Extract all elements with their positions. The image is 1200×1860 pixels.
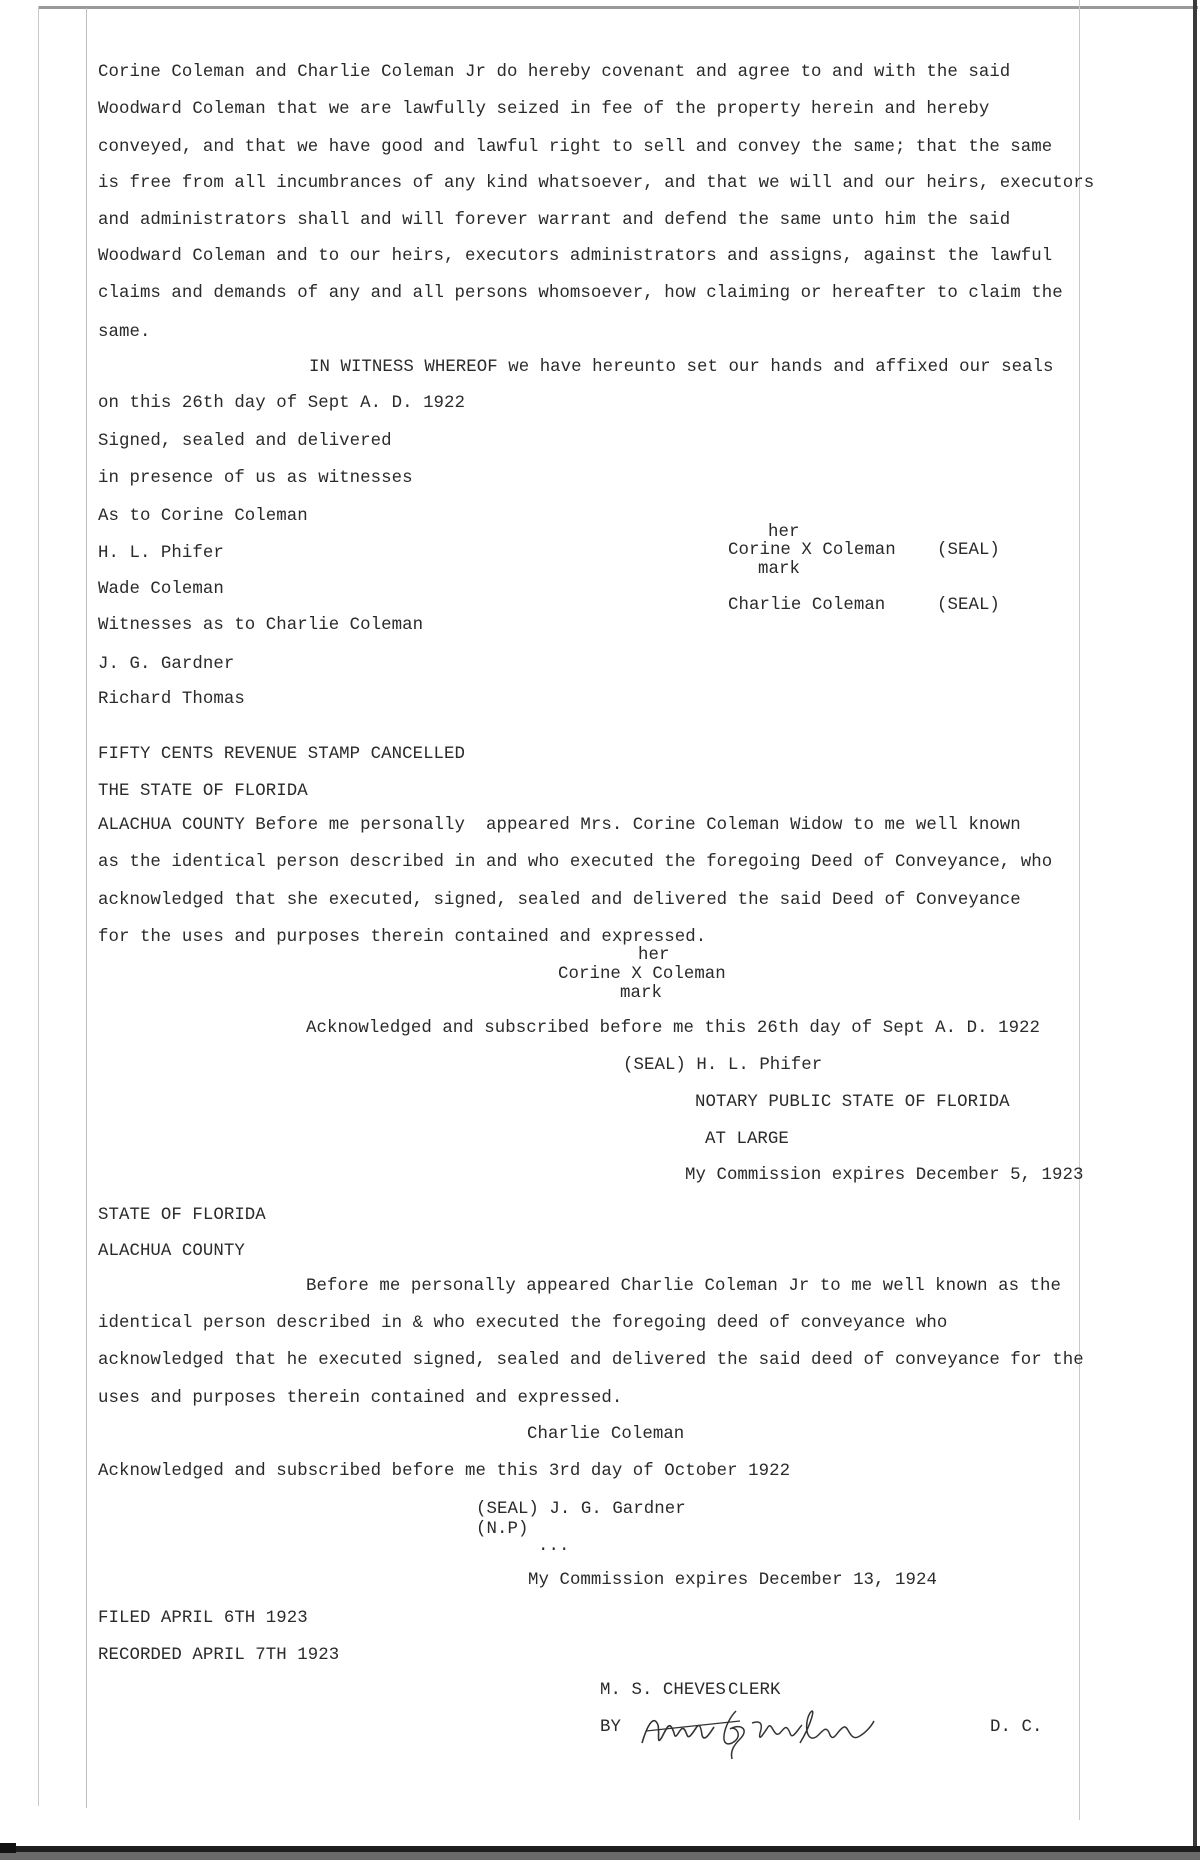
bottom-shadow [0,1852,1200,1860]
witness-name: Wade Coleman [98,580,224,600]
by-label: BY [600,1718,621,1738]
recorded-date: RECORDED APRIL 7TH 1923 [98,1646,339,1666]
witness-date: on this 26th day of Sept A. D. 1922 [98,394,465,414]
page-top-rule [38,6,1198,9]
covenant-line: same. [98,323,150,343]
ack-body-line: for the uses and purposes therein contai… [98,928,706,948]
charlie-signature: Charlie Coleman [728,596,885,616]
ellipsis: ... [538,1537,569,1557]
revenue-stamp-note: FIFTY CENTS REVENUE STAMP CANCELLED [98,745,465,765]
ack-county: ALACHUA COUNTY [98,1242,245,1262]
covenant-line: conveyed, and that we have good and lawf… [98,138,1052,158]
her-label: her [768,523,799,543]
witness-line: in presence of us as witnesses [98,469,413,489]
witness-name: Richard Thomas [98,690,245,710]
covenant-line: and administrators shall and will foreve… [98,211,1010,231]
page-left-edge [38,6,39,1806]
covenant-line: Woodward Coleman that we are lawfully se… [98,100,989,120]
notary-signature: (SEAL) J. G. Gardner [476,1500,686,1520]
notary-commission: My Commission expires December 13, 1924 [528,1571,937,1591]
covenant-line: claims and demands of any and all person… [98,284,1063,304]
mark-label: mark [620,984,662,1004]
notary-title: NOTARY PUBLIC STATE OF FLORIDA [695,1093,1010,1113]
ack-body-line: uses and purposes therein contained and … [98,1389,622,1409]
notary-np: (N.P) [476,1520,528,1540]
mark-label: mark [758,560,800,580]
right-margin-rule [1079,0,1080,1820]
notary-signature: (SEAL) H. L. Phifer [623,1056,822,1076]
ack-body-line: as the identical person described in and… [98,853,1052,873]
notary-commission: My Commission expires December 5, 1923 [685,1166,1083,1186]
witness-name: H. L. Phifer [98,544,224,564]
corine-seal: (SEAL) [937,541,1000,561]
ack-body-line: acknowledged that she executed, signed, … [98,891,1021,911]
her-label: her [638,946,669,966]
clerk-title: CLERK [728,1681,780,1701]
notary-at-large: AT LARGE [705,1130,789,1150]
witness-line: As to Corine Coleman [98,507,308,527]
charlie-seal: (SEAL) [937,596,1000,616]
corine-signature: Corine X Coleman [728,541,896,561]
witness-line: Witnesses as to Charlie Coleman [98,616,423,636]
corine-mark-signature: Corine X Coleman [558,965,726,985]
clerk-name: M. S. CHEVES [600,1681,726,1701]
corner-mark [0,1843,16,1853]
ack-subscribed: Acknowledged and subscribed before me th… [306,1019,1040,1039]
witness-line: Signed, sealed and delivered [98,432,392,452]
charlie-signature: Charlie Coleman [527,1425,684,1445]
left-margin-rule [86,8,87,1808]
handwritten-signature [640,1703,940,1763]
covenant-line: Corine Coleman and Charlie Coleman Jr do… [98,63,1010,83]
ack-body-line: ALACHUA COUNTY Before me personally appe… [98,816,1021,836]
filed-date: FILED APRIL 6TH 1923 [98,1609,308,1629]
ack-state: THE STATE OF FLORIDA [98,782,308,802]
ack-body-line: acknowledged that he executed signed, se… [98,1351,1084,1371]
ack-state: STATE OF FLORIDA [98,1206,266,1226]
witness-name: J. G. Gardner [98,655,234,675]
witness-clause: IN WITNESS WHEREOF we have hereunto set … [309,358,1054,378]
covenant-line: is free from all incumbrances of any kin… [98,174,1094,194]
right-page-edge [1193,0,1197,1860]
ack-body-line: Before me personally appeared Charlie Co… [306,1277,1061,1297]
deputy-clerk-label: D. C. [990,1718,1042,1738]
covenant-line: Woodward Coleman and to our heirs, execu… [98,247,1052,267]
ack-body-line: identical person described in & who exec… [98,1314,947,1334]
ack-subscribed: Acknowledged and subscribed before me th… [98,1462,790,1482]
